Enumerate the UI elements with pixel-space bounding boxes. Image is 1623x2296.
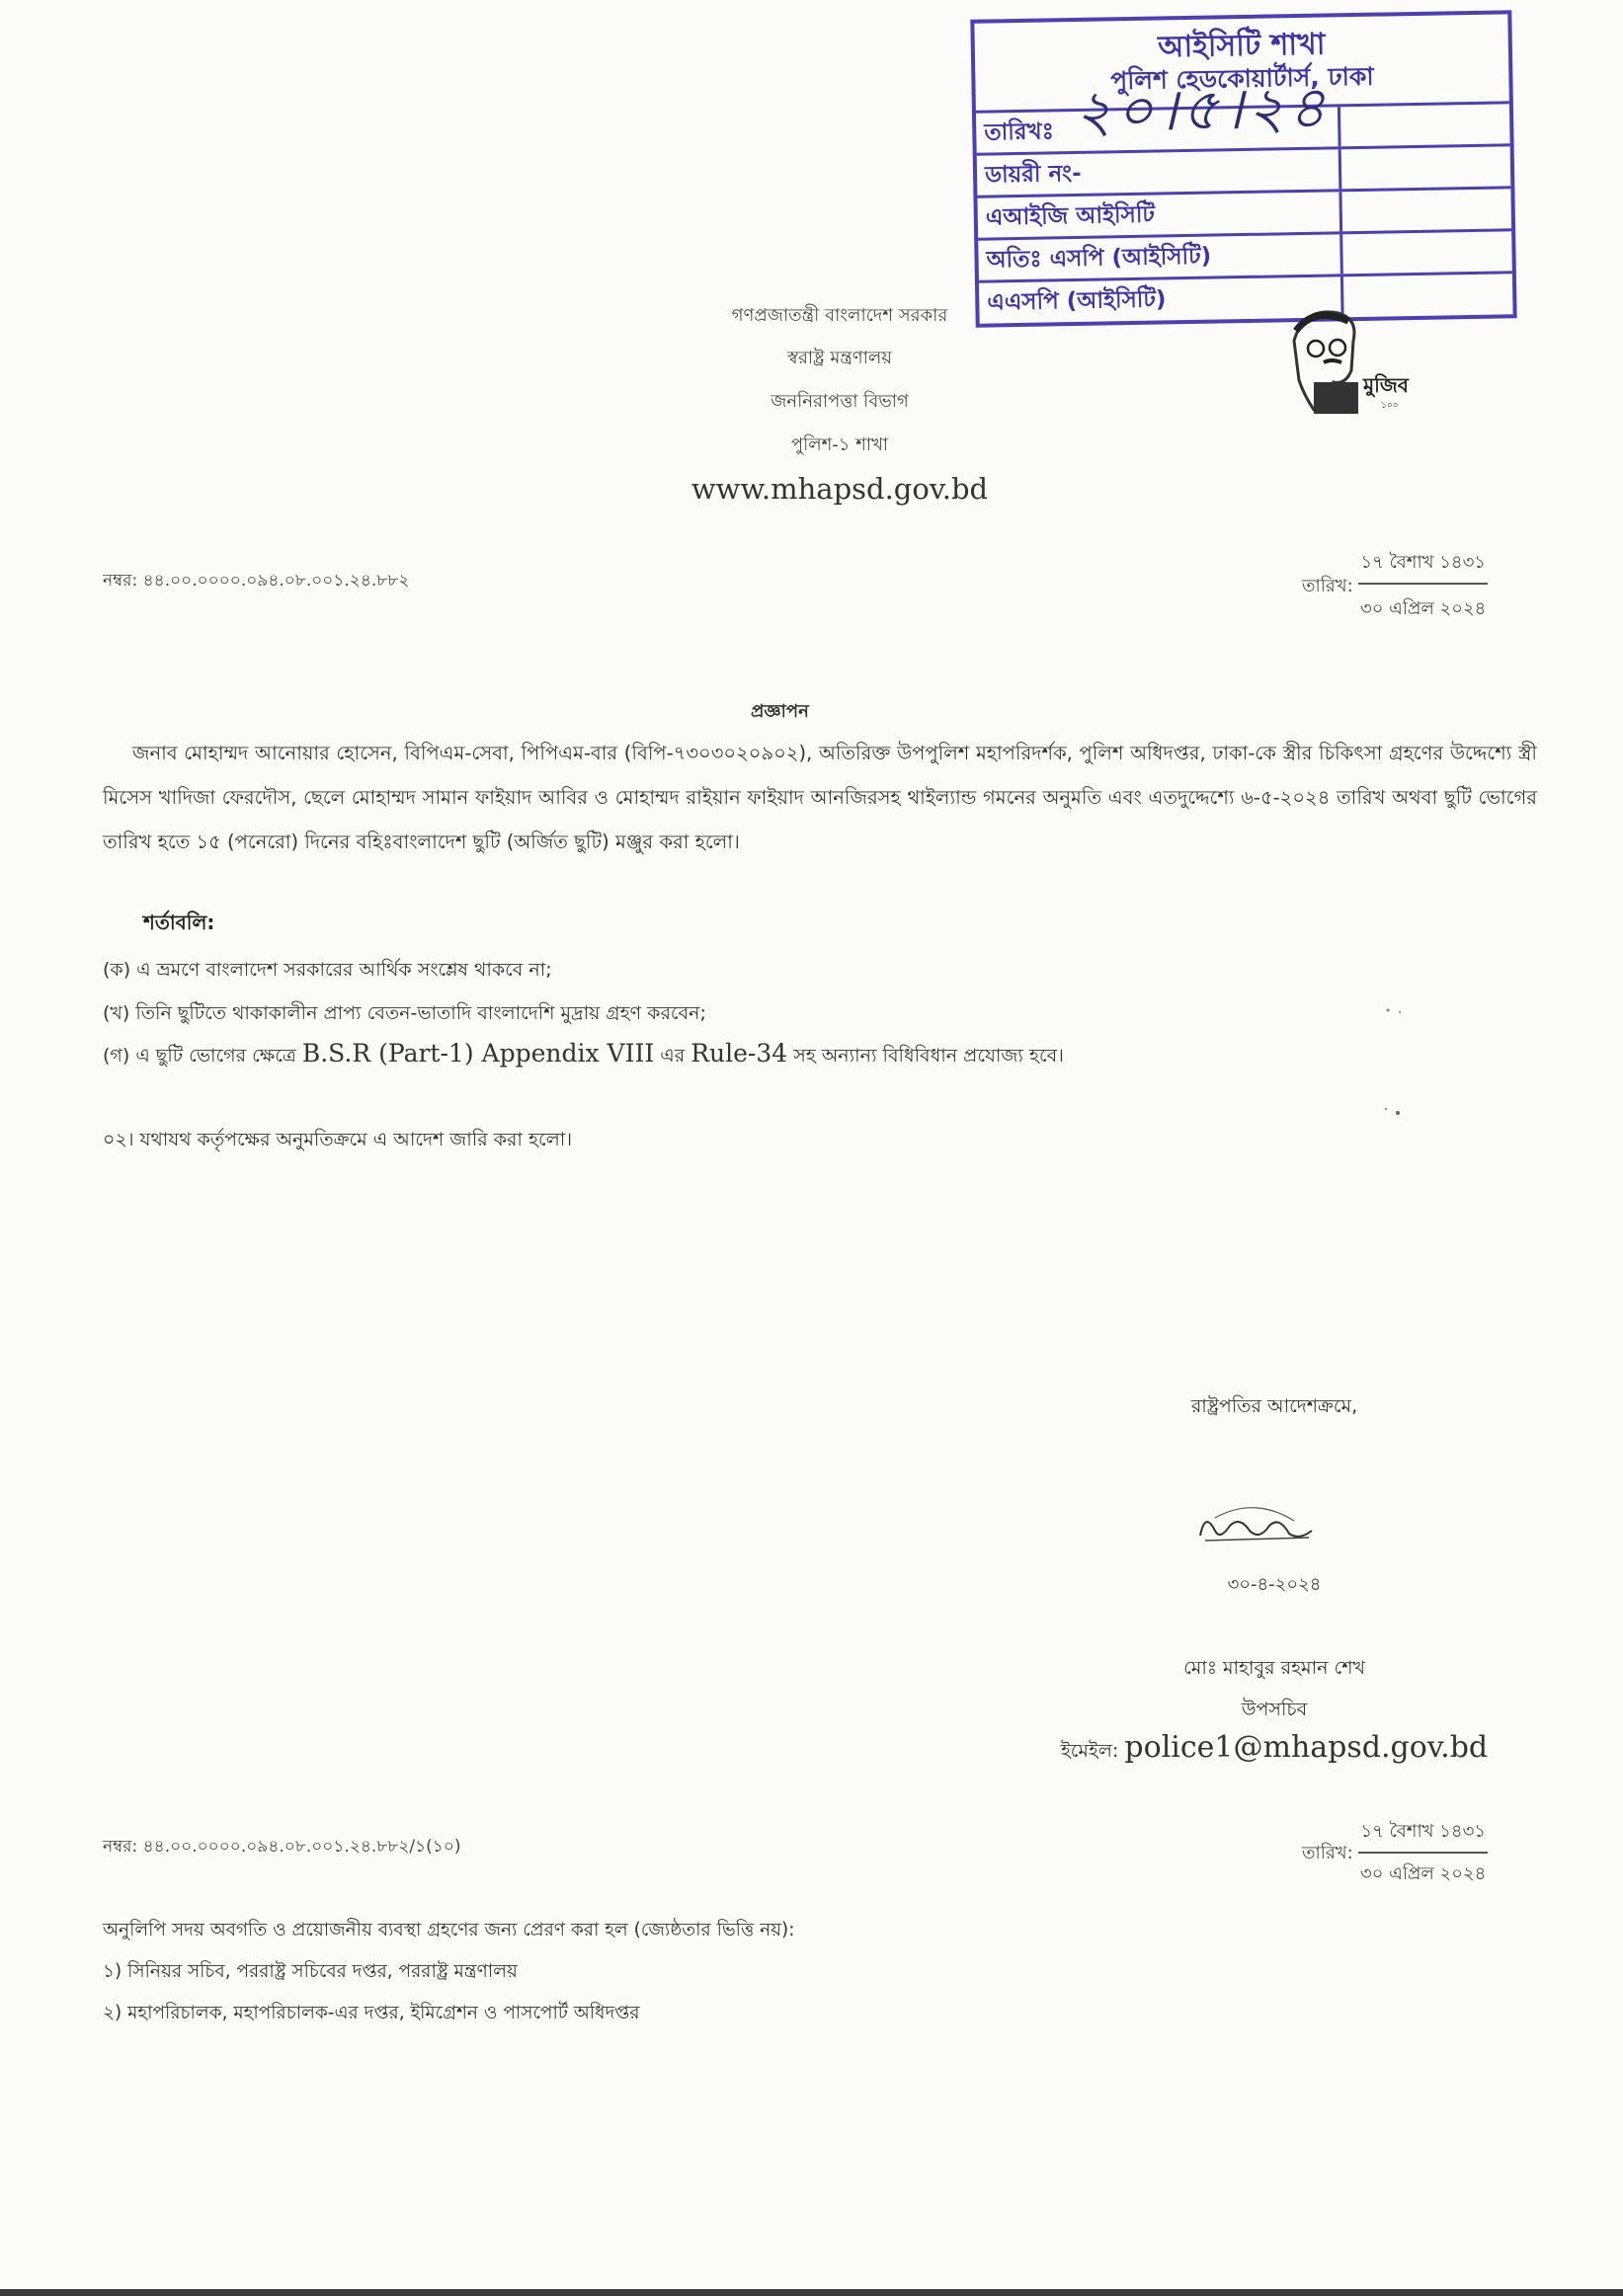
division-name: জননিরাপত্তা বিভাগ (652, 387, 1027, 418)
stamp-cell (1341, 189, 1511, 231)
copy-date-label: তারিখ: (1302, 1843, 1353, 1863)
rule-reference: Rule-34 (690, 1039, 787, 1068)
email-address[interactable]: police1@mhapsd.gov.bd (1124, 1730, 1488, 1765)
signature-scribble (1185, 1496, 1324, 1555)
svg-text:মুজিব: মুজিব (1362, 373, 1410, 398)
stamp-cell (1342, 231, 1512, 274)
stamp-cell (1341, 146, 1511, 189)
copy-memo-number: নম্বর: ৪৪.০০.০০০০.০৯৪.০৮.০০১.২৪.৮৮২/১(১০… (103, 1834, 461, 1861)
scan-specks (1378, 1002, 1408, 1121)
conditions-heading: শর্তাবলি: (143, 909, 214, 941)
website-link[interactable]: www.mhapsd.gov.bd (632, 472, 1047, 506)
memo-number: নম্বর: ৪৪.০০.০০০০.০৯৪.০৮.০০১.২৪.৮৮২ (103, 568, 409, 595)
date-english: ৩০ এপ্রিল ২০২৪ (1358, 585, 1488, 625)
stamp-addl-sp-label: অতিঃ এসপি (আইসিটি) (978, 234, 1343, 279)
stamp-aig-label: এআইজি আইসিটি (977, 192, 1342, 237)
email-label: ইমেইল: (1061, 1740, 1125, 1762)
distribution-item: ২) মহাপরিচালক, মহাপরিচালক-এর দপ্তর, ইমিগ… (103, 1999, 640, 2029)
signatory-email: ইমেইল: police1@mhapsd.gov.bd (1017, 1730, 1531, 1769)
distribution-intro: অনুলিপি সদয় অবগতি ও প্রয়োজনীয় ব্যবস্থ… (103, 1916, 794, 1946)
branch-name: পুলিশ-১ শাখা (652, 431, 1027, 461)
received-stamp: আইসিটি শাখা পুলিশ হেডকোয়ার্টার্স, ঢাকা … (970, 10, 1516, 328)
condition-ga: (গ) এ ছুটি ভোগের ক্ষেত্রে B.S.R (Part-1)… (103, 1039, 1064, 1073)
notice-title: প্রজ্ঞাপন (751, 697, 809, 728)
paragraph-02: ০২। যথাযথ কর্তৃপক্ষের অনুমতিক্রমে এ আদেশ… (103, 1126, 572, 1157)
mujib-logo-icon: মুজিব ১০০ (1274, 301, 1452, 420)
ministry-name: স্বরাষ্ট্র মন্ত্রণালয় (652, 344, 1027, 374)
condition-kha: (খ) তিনি ছুটিতে থাকাকালীন প্রাপ্য বেতন-ভ… (103, 999, 706, 1031)
condition-ka: (ক) এ ভ্রমণে বাংলাদেশ সরকারের আর্থিক সংশ… (103, 956, 552, 988)
scan-bottom-edge (0, 2289, 1623, 2296)
issue-date: তারিখ: ১৭ বৈশাখ ১৪৩১ ৩০ এপ্রিল ২০২৪ (1302, 548, 1488, 625)
stamp-cell (1340, 104, 1510, 146)
stamp-grid: তারিখঃ২০।৫।২৪ ডায়রী নং- এআইজি আইসিটি অত… (976, 101, 1513, 323)
notice-body: জনাব মোহাম্মদ আনোয়ার হোসেন, বিপিএম-সেবা… (103, 731, 1537, 864)
govt-name: গণপ্রজাতন্ত্রী বাংলাদেশ সরকার (652, 301, 1027, 332)
stamp-diary-label: ডায়রী নং- (977, 149, 1342, 195)
by-order-text: রাষ্ট্রপতির আদেশক্রমে, (1017, 1392, 1531, 1424)
svg-text:১০০: ১০০ (1381, 401, 1399, 411)
copy-date-english: ৩০ এপ্রিল ২০২৪ (1358, 1854, 1488, 1890)
signatory-designation: উপসচিব (1017, 1696, 1531, 1727)
signed-date: ৩০-৪-২০২৪ (1017, 1570, 1531, 1601)
distribution-item: ১) সিনিয়র সচিব, পররাষ্ট্র সচিবের দপ্তর,… (103, 1957, 518, 1988)
handwritten-date: ২০।৫।২৪ (1075, 87, 1331, 130)
date-bangla: ১৭ বৈশাখ ১৪৩১ (1358, 548, 1488, 585)
copy-date-bangla: ১৭ বৈশাখ ১৪৩১ (1358, 1817, 1488, 1854)
signatory-name: মোঃ মাহাবুর রহমান শেখ (1017, 1654, 1531, 1686)
date-label: তারিখ: (1302, 576, 1353, 596)
stamp-date-label: তারিখঃ (984, 119, 1054, 145)
copy-date: তারিখ: ১৭ বৈশাখ ১৪৩১ ৩০ এপ্রিল ২০২৪ (1302, 1817, 1488, 1890)
bsr-reference: B.S.R (Part-1) Appendix VIII (302, 1039, 654, 1068)
